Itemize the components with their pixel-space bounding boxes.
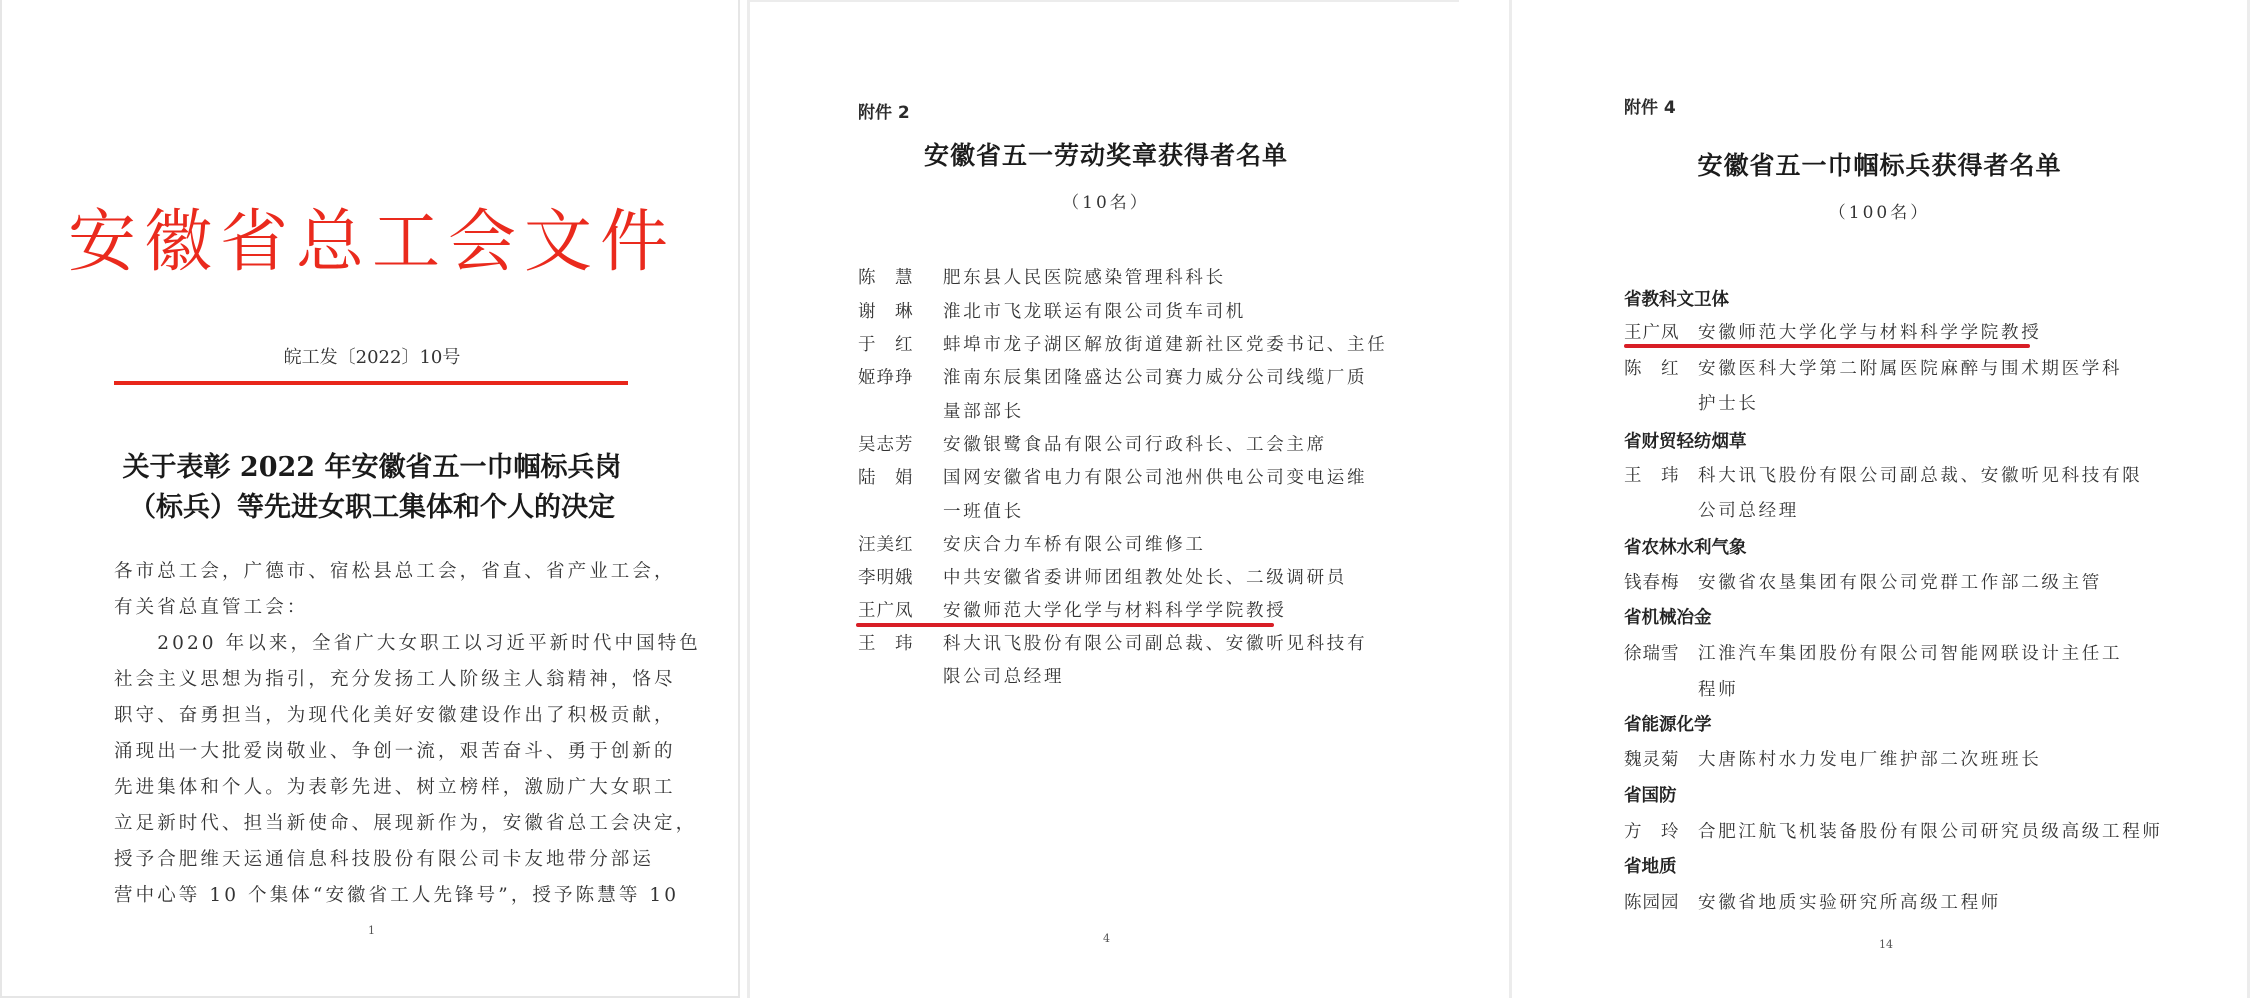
awardee-title-cont: 一班值长 (943, 498, 1024, 523)
body-line: 先进集体和个人。为表彰先进、树立榜样，激励广大女职工 (114, 773, 676, 799)
awardee-name: 汪美红 (858, 531, 914, 556)
body-line: 涌现出一大批爱岗敬业、争创一流，艰苦奋斗、勇于创新的 (114, 737, 676, 763)
document-header-title: 安徽省总工会文件 (2, 188, 742, 285)
awardee-title-highlighted: 安徽师范大学化学与材料科学学院教授 (943, 597, 1286, 622)
awardee-name: 陆 娟 (858, 464, 914, 489)
awardee-name: 王 玮 (1624, 462, 1680, 487)
awardee-name: 吴志芳 (858, 431, 914, 456)
red-highlight-underline (1624, 344, 2030, 348)
awardee-name: 陈园园 (1624, 889, 1680, 914)
list-count: （100名） (1512, 198, 2247, 223)
awardee-name: 魏灵菊 (1624, 746, 1680, 771)
body-line: 授予合肥维天运通信息科技股份有限公司卡友地带分部运 (114, 845, 654, 871)
awardee-name: 于 红 (858, 331, 914, 356)
salutation-line-1: 各市总工会，广德市、宿松县总工会，省直、省产业工会， (114, 557, 676, 583)
awardee-name: 李明娥 (858, 564, 914, 589)
awardee-title: 淮北市飞龙联运有限公司货车司机 (943, 298, 1246, 323)
red-divider-rule (114, 381, 628, 385)
awardee-title: 蚌埠市龙子湖区解放街道建新社区党委书记、主任 (943, 331, 1387, 356)
salutation-line-2: 有关省总直管工会： (114, 593, 308, 619)
awardee-name-highlighted: 王广凤 (1624, 319, 1680, 344)
page-number: 1 (368, 924, 375, 937)
list-count: （10名） (750, 188, 1462, 213)
awardee-title: 安徽银鹭食品有限公司行政科长、工会主席 (943, 431, 1327, 456)
body-line: 2020 年以来，全省广大女职工以习近平新时代中国特色 (114, 629, 701, 655)
awardee-name: 徐瑞雪 (1624, 640, 1680, 665)
awardee-title-highlighted: 安徽师范大学化学与材料科学学院教授 (1698, 319, 2041, 344)
awardee-title-cont: 程师 (1698, 676, 1738, 701)
awardee-title: 江淮汽车集团股份有限公司智能网联设计主任工 (1698, 640, 2122, 665)
awardee-name: 陈 慧 (858, 264, 914, 289)
attachment-label: 附件 2 (858, 98, 910, 123)
awardee-name: 钱春梅 (1624, 569, 1680, 594)
awardee-name: 姬琤琤 (858, 364, 914, 389)
awardee-title: 肥东县人民医院感染管理科科长 (943, 264, 1226, 289)
body-line: 营中心等 10 个集体“安徽省工人先锋号”，授予陈慧等 10 (114, 881, 679, 907)
awardee-name: 王 玮 (858, 630, 914, 655)
awardee-title: 科大讯飞股份有限公司副总裁、安徽听见科技有 (943, 630, 1367, 655)
awardee-title-cont: 量部部长 (943, 398, 1024, 423)
red-highlight-underline (856, 623, 1274, 627)
awardee-name-highlighted: 王广凤 (858, 597, 914, 622)
body-line: 立足新时代、担当新使命、展现新作为，安徽省总工会决定， (114, 809, 697, 835)
list-title: 安徽省五一巾帼标兵获得者名单 (1512, 146, 2247, 182)
awardee-name: 陈 红 (1624, 355, 1680, 380)
decision-title-line-2: （标兵）等先进女职工集体和个人的决定 (2, 490, 742, 526)
awardee-name: 方 玲 (1624, 818, 1680, 843)
section-heading: 省财贸轻纺烟草 (1624, 428, 1747, 453)
list-title: 安徽省五一劳动奖章获得者名单 (750, 136, 1462, 172)
awardee-title: 科大讯飞股份有限公司副总裁、安徽听见科技有限 (1698, 462, 2142, 487)
awardee-title: 安庆合力车桥有限公司维修工 (943, 531, 1206, 556)
decision-title-line-1: 关于表彰 2022 年安徽省五一巾帼标兵岗 (2, 450, 742, 486)
awardee-title-cont: 公司总经理 (1698, 497, 1799, 522)
document-page-1: 安徽省总工会文件 皖工发〔2022〕10号 关于表彰 2022 年安徽省五一巾帼… (0, 0, 740, 998)
awardee-title-cont: 限公司总经理 (943, 663, 1064, 688)
awardee-title: 安徽医科大学第二附属医院麻醉与围术期医学科 (1698, 355, 2122, 380)
awardee-title: 安徽省农垦集团有限公司党群工作部二级主管 (1698, 569, 2102, 594)
awardee-title: 淮南东辰集团隆盛达公司赛力威分公司线缆厂质 (943, 364, 1367, 389)
section-heading: 省农林水利气象 (1624, 534, 1747, 559)
awardee-title: 国网安徽省电力有限公司池州供电公司变电运维 (943, 464, 1367, 489)
document-page-2: 附件 2 安徽省五一劳动奖章获得者名单 （10名） 陈 慧 肥东县人民医院感染管… (747, 0, 1459, 998)
attachment-label: 附件 4 (1624, 93, 1676, 118)
awardee-title: 大唐陈村水力发电厂维护部二次班班长 (1698, 746, 2041, 771)
section-heading: 省国防 (1624, 782, 1677, 807)
awardee-title: 安徽省地质实验研究所高级工程师 (1698, 889, 2001, 914)
awardee-title-cont: 护士长 (1698, 390, 1759, 415)
document-number: 皖工发〔2022〕10号 (2, 343, 742, 369)
awardee-title: 合肥江航飞机装备股份有限公司研究员级高级工程师 (1698, 818, 2163, 843)
body-line: 职守、奋勇担当，为现代化美好安徽建设作出了积极贡献， (114, 701, 676, 727)
body-line: 社会主义思想为指引，充分发扬工人阶级主人翁精神，恪尽 (114, 665, 676, 691)
page-number: 4 (1103, 932, 1110, 945)
page-number: 14 (1879, 938, 1893, 951)
document-page-3: 附件 4 安徽省五一巾帼标兵获得者名单 （100名） 省教科文卫体 王广凤 安徽… (1509, 0, 2250, 998)
section-heading: 省能源化学 (1624, 711, 1712, 736)
section-heading: 省机械冶金 (1624, 604, 1712, 629)
awardee-title: 中共安徽省委讲师团组教处处长、二级调研员 (943, 564, 1347, 589)
section-heading: 省教科文卫体 (1624, 286, 1729, 311)
section-heading: 省地质 (1624, 853, 1677, 878)
awardee-name: 谢 琳 (858, 298, 914, 323)
